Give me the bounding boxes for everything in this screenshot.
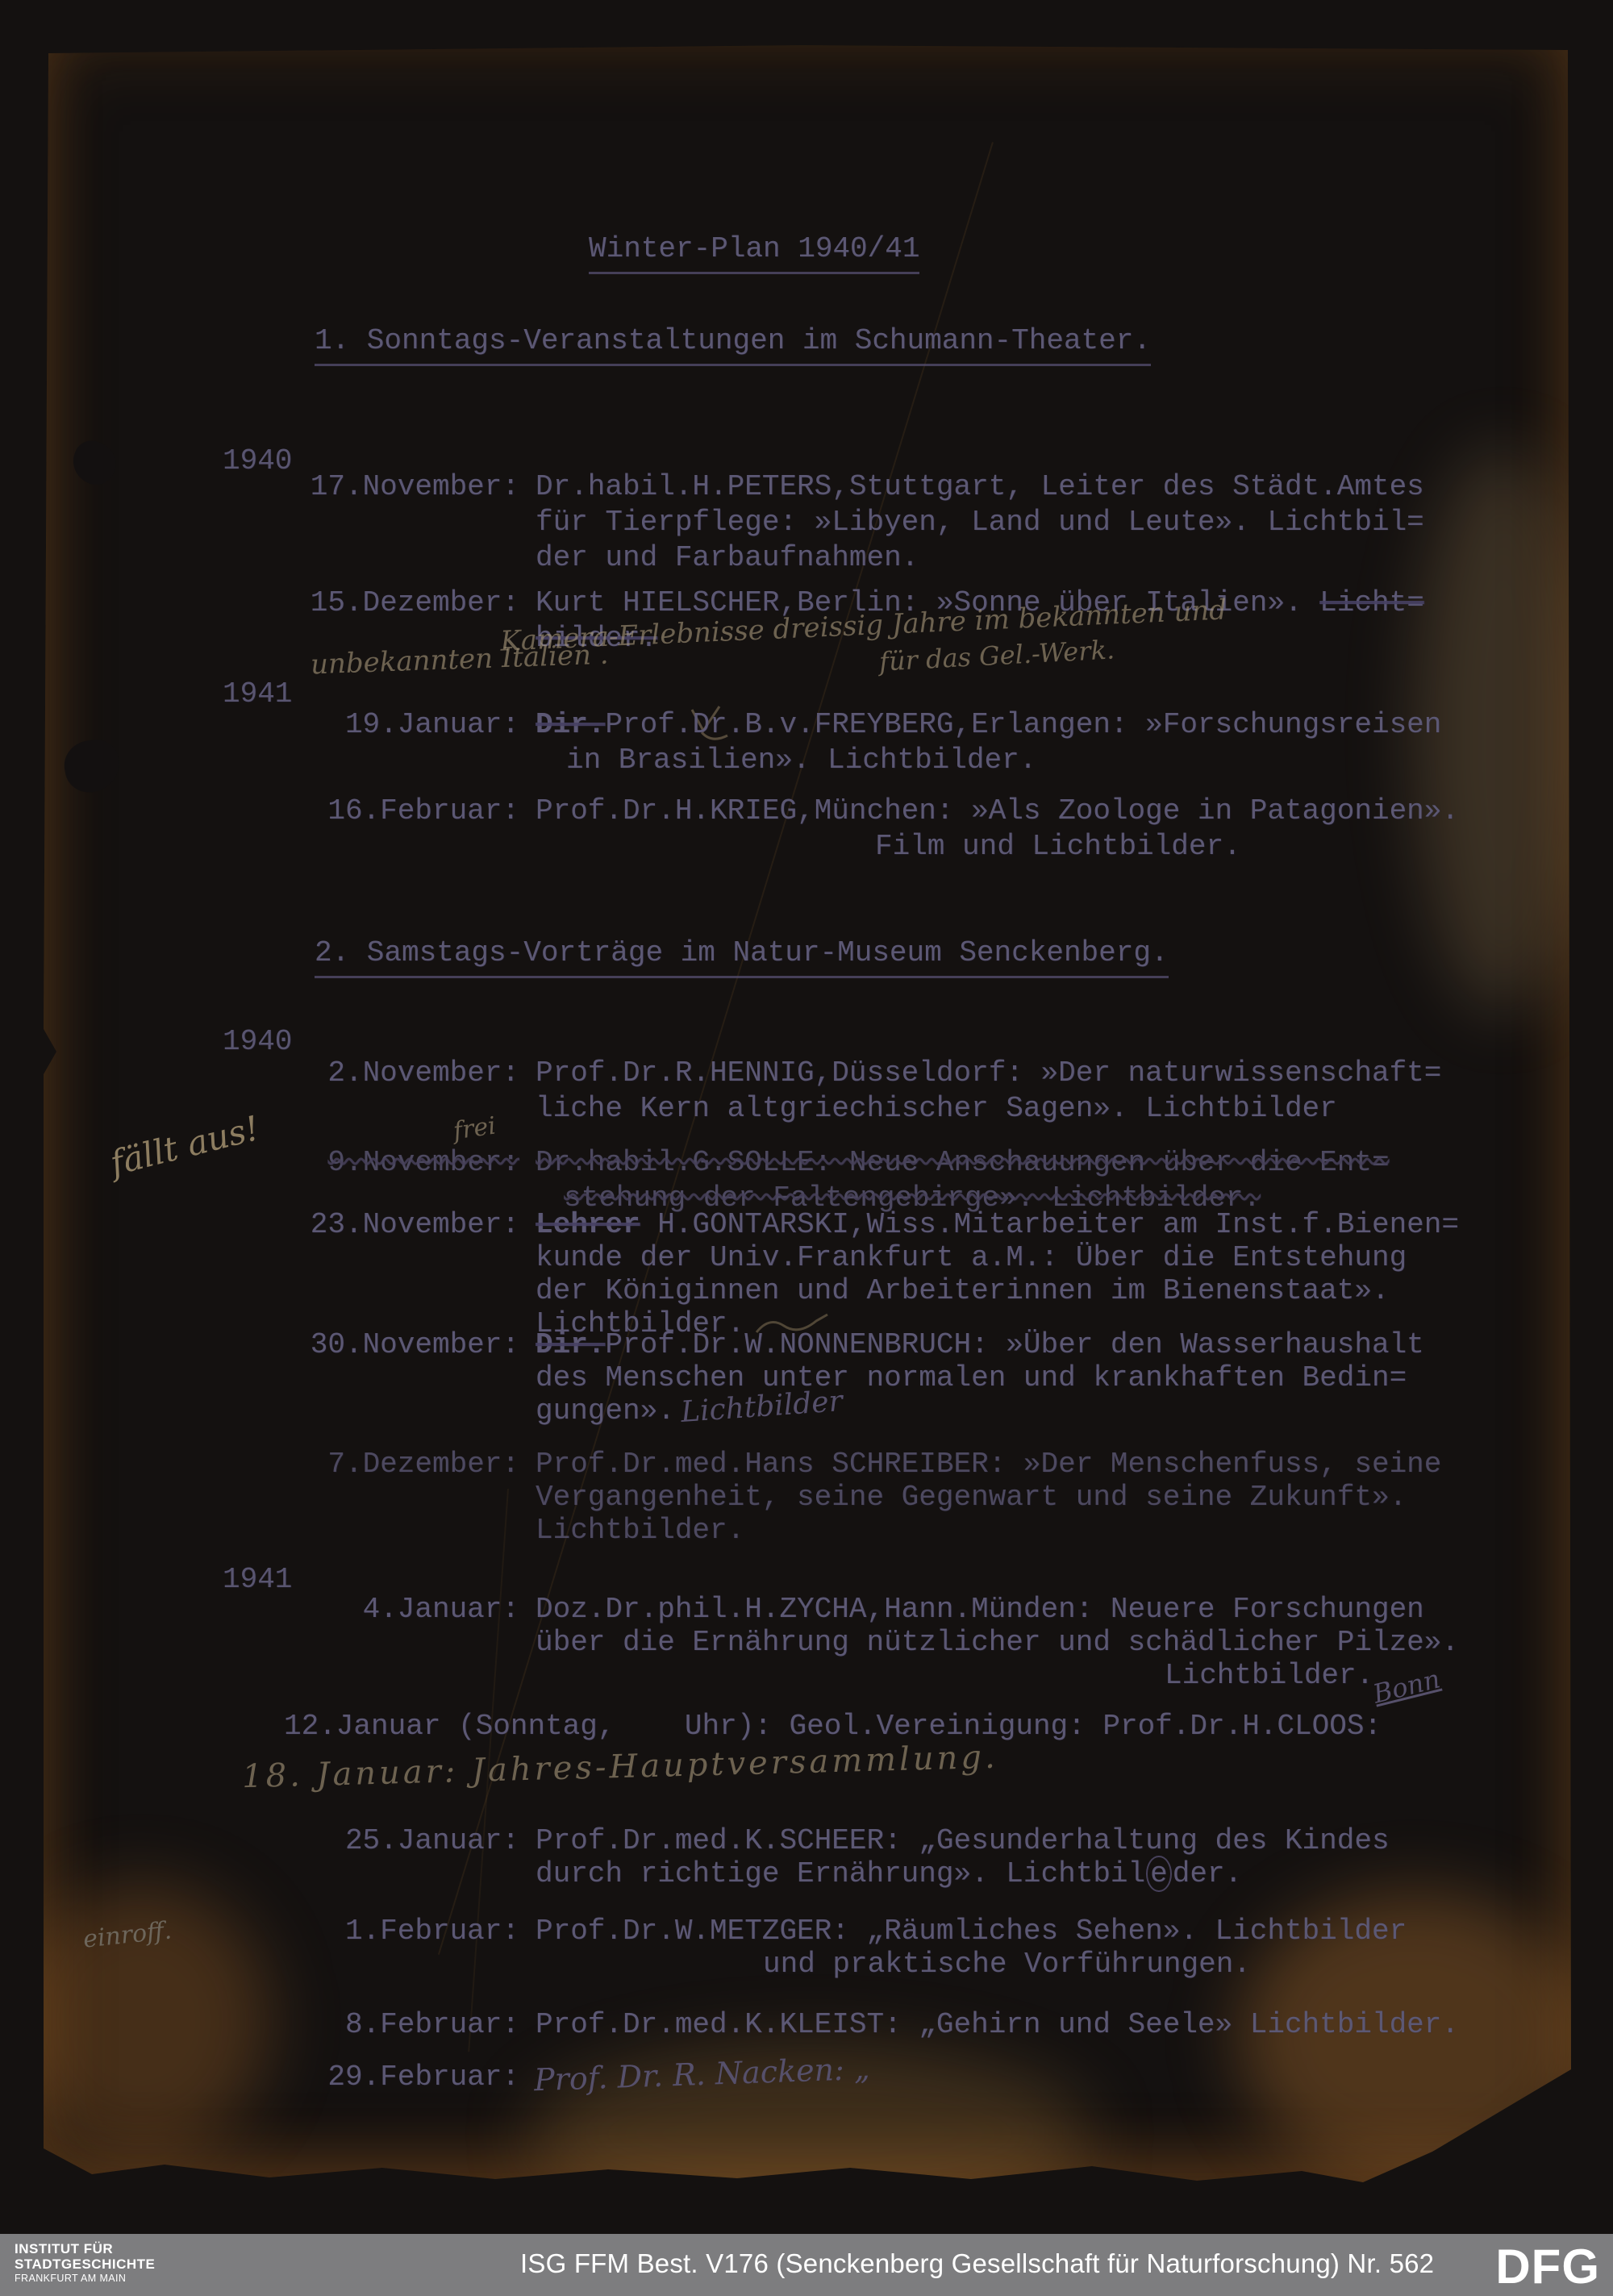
archive-logo-line3: FRANKFURT AM MAIN [15, 2273, 155, 2284]
entry-line: durch richtige Ernährung». Lichtbileder. [536, 1857, 1242, 1891]
section2-heading: 2. Samstags-Vorträge im Natur-Museum Sen… [315, 936, 1169, 978]
entry-date: 1.Februar: [253, 1915, 519, 1948]
entry-line-12januar: 12.Januar (Sonntag, Uhr): Geol.Vereinigu… [284, 1710, 1382, 1744]
document-paper: Winter-Plan 1940/41 1. Sonntags-Veransta… [44, 45, 1571, 2184]
struck-text: Lehrer [536, 1208, 640, 1241]
struck-text: Dir. [536, 1328, 605, 1361]
entry-line: Dir.Prof.Dr.W.NONNENBRUCH: »Über den Was… [536, 1328, 1424, 1362]
entry-line: des Menschen unter normalen und krankhaf… [536, 1361, 1407, 1395]
entry-line: Prof.Dr.R.HENNIG,Düsseldorf: »Der naturw… [536, 1056, 1441, 1090]
entry-line: Prof.Dr.med.K.SCHEER: „Gesunderhaltung d… [536, 1824, 1390, 1858]
entry-line: Dr.habil.H.PETERS,Stuttgart, Leiter des … [536, 470, 1424, 504]
archive-logo-line2: STADTGESCHICHTE [15, 2257, 155, 2271]
entry-date: 25.Januar: [253, 1824, 519, 1858]
entry-line: Prof.Dr.W.METZGER: „Räumliches Sehen». L… [536, 1915, 1407, 1948]
document-title: Winter-Plan 1940/41 [589, 232, 919, 274]
entry-line: Prof.Dr.med.Hans SCHREIBER: »Der Mensche… [536, 1448, 1441, 1481]
entry-date: 30.November: [253, 1328, 519, 1362]
archival-scan-page: { "doc": { "title": "Winter-Plan 1940/41… [0, 0, 1613, 2296]
entry-text: Prof.Dr.W.NONNENBRUCH: »Über den Wasserh… [605, 1328, 1423, 1361]
entry-line: Vergangenheit, seine Gegenwart und seine… [536, 1481, 1407, 1515]
entry-line: und praktische Vorführungen. [763, 1948, 1251, 1981]
section1-heading: 1. Sonntags-Veranstaltungen im Schumann-… [315, 324, 1151, 366]
struck-text: Dir. [536, 708, 605, 741]
archive-logo-line1: INSTITUT FÜR [15, 2242, 155, 2256]
archive-logo: INSTITUT FÜR STADTGESCHICHTE FRANKFURT A… [15, 2242, 155, 2284]
pencil-note-frei: frei [452, 1111, 498, 1145]
pencil-note-18januar: 18. Januar: Jahres-Hauptversammlung. [242, 1739, 999, 1796]
punch-hole-bottom [60, 736, 123, 797]
struck-text: Licht= [1319, 586, 1424, 619]
entry-line: Lehrer H.GONTARSKI,Wiss.Mitarbeiter am I… [536, 1208, 1459, 1242]
pencil-note: für das Gel.-Werk. [878, 634, 1115, 677]
entry-line: Dir.Prof.Dr.B.v.FREYBERG,Erlangen: »Fors… [536, 708, 1441, 742]
hand-note-bonn: Bonn [1370, 1663, 1444, 1709]
entry-date: 23.November: [253, 1208, 519, 1242]
entry-line: Doz.Dr.phil.H.ZYCHA,Hann.Münden: Neuere … [536, 1593, 1424, 1627]
circled-letter: e [1146, 1856, 1172, 1892]
year-label-1941: 1941 [223, 1563, 292, 1597]
entry-line: gungen». [536, 1394, 675, 1428]
hand-note-nacken: Prof. Dr. R. Nacken: „ [533, 2051, 870, 2098]
entry-date: 19.Januar: [253, 708, 519, 742]
entry-date: 8.Februar: [253, 2008, 519, 2042]
entry-line: der und Farbaufnahmen. [536, 541, 919, 575]
entry-date: 2.November: [253, 1056, 519, 1090]
image-caption: ISG FFM Best. V176 (Senckenberg Gesellsc… [520, 2248, 1434, 2279]
entry-date: 29.Februar: [253, 2061, 519, 2094]
entry-text: H.GONTARSKI,Wiss.Mitarbeiter am Inst.f.B… [640, 1208, 1459, 1241]
entry-text: durch richtige Ernährung». Lichtbil [536, 1857, 1145, 1890]
entry-line: Lichtbilder. [536, 1514, 744, 1548]
entry-line: liche Kern altgriechischer Sagen». Licht… [536, 1092, 1337, 1126]
entry-line: Prof.Dr.H.KRIEG,München: »Als Zoologe in… [536, 794, 1459, 828]
entry-date: 15.Dezember: [253, 586, 519, 620]
year-label-1940: 1940 [223, 1025, 292, 1059]
entry-line: Prof.Dr.med.K.KLEIST: „Gehirn und Seele»… [536, 2008, 1459, 2042]
entry-text: der. [1173, 1857, 1242, 1890]
footer-bar: INSTITUT FÜR STADTGESCHICHTE FRANKFURT A… [0, 2234, 1613, 2296]
entry-line: kunde der Univ.Frankfurt a.M.: Über die … [536, 1241, 1407, 1275]
entry-line: über die Ernährung nützlicher und schädl… [536, 1626, 1459, 1660]
entry-line-struck: Dr.habil.G.SOLLE: Neue Anschauungen über… [536, 1146, 1390, 1180]
entry-line: Film und Lichtbilder. [875, 830, 1241, 864]
margin-note-faellt-aus: fällt aus! [106, 1108, 263, 1183]
year-label-1941: 1941 [223, 677, 292, 711]
punch-hole-top [66, 435, 123, 490]
entry-date-struck: 9.November: [253, 1146, 519, 1180]
dfg-logo: DFG [1495, 2239, 1600, 2294]
fold-crease-diagonal [438, 142, 994, 1955]
entry-line: in Brasilien». Lichtbilder. [566, 744, 1036, 777]
entry-line: der Königinnen und Arbeiterinnen im Bien… [536, 1274, 1390, 1308]
entry-date: 17.November: [253, 470, 519, 504]
pencil-note: unbekannten Italien . [310, 639, 609, 681]
entry-date: 16.Februar: [253, 794, 519, 828]
entry-line: für Tierpflege: »Libyen, Land und Leute»… [536, 506, 1424, 540]
entry-date: 7.Dezember: [253, 1448, 519, 1481]
entry-date: 4.Januar: [253, 1593, 519, 1627]
entry-text: Prof.Dr.B.v.FREYBERG,Erlangen: »Forschun… [605, 708, 1441, 741]
entry-line: Lichtbilder. [1165, 1659, 1373, 1693]
margin-note-pencil: einroff. [81, 1916, 173, 1953]
